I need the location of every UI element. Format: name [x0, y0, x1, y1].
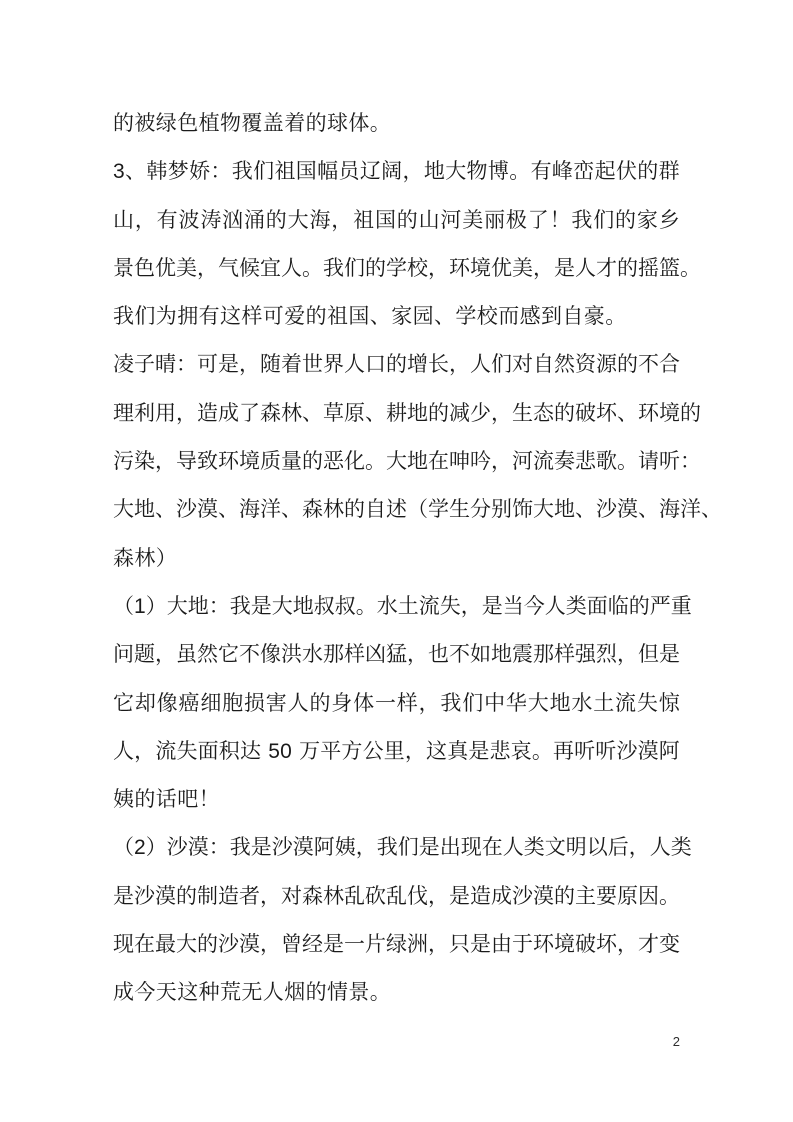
- text-line: 我们为拥有这样可爱的祖国、家园、学校而感到自豪。: [113, 293, 680, 341]
- text-line: 3、韩梦娇：我们祖国幅员辽阔，地大物博。有峰峦起伏的群: [113, 148, 680, 196]
- text-line: 森林）: [113, 535, 680, 583]
- document-body: 的被绿色植物覆盖着的球体。3、韩梦娇：我们祖国幅员辽阔，地大物博。有峰峦起伏的群…: [113, 100, 680, 1018]
- text-line: 它却像癌细胞损害人的身体一样，我们中华大地水土流失惊: [113, 680, 680, 728]
- text-line: 问题，虽然它不像洪水那样凶猛，也不如地震那样强烈，但是: [113, 631, 680, 679]
- text-line: 理利用，造成了森林、草原、耕地的减少，生态的破坏、环境的: [113, 390, 680, 438]
- text-line: 人，流失面积达 50 万平方公里，这真是悲哀。再听听沙漠阿: [113, 728, 680, 776]
- text-line: 姨的话吧！: [113, 776, 680, 824]
- text-line: （2）沙漠：我是沙漠阿姨，我们是出现在人类文明以后，人类: [113, 824, 680, 872]
- text-line: 现在最大的沙漠，曾经是一片绿洲，只是由于环境破坏，才变: [113, 921, 680, 969]
- document-page: 的被绿色植物覆盖着的球体。3、韩梦娇：我们祖国幅员辽阔，地大物博。有峰峦起伏的群…: [0, 0, 793, 1122]
- text-line: 山，有波涛汹涌的大海，祖国的山河美丽极了！我们的家乡: [113, 197, 680, 245]
- text-line: 的被绿色植物覆盖着的球体。: [113, 100, 680, 148]
- text-line: 成今天这种荒无人烟的情景。: [113, 969, 680, 1017]
- text-line: 景色优美，气候宜人。我们的学校，环境优美，是人才的摇篮。: [113, 245, 680, 293]
- text-line: 是沙漠的制造者，对森林乱砍乱伐，是造成沙漠的主要原因。: [113, 873, 680, 921]
- paragraph: （1）大地：我是大地叔叔。水土流失，是当今人类面临的严重问题，虽然它不像洪水那样…: [113, 583, 680, 824]
- text-line: （1）大地：我是大地叔叔。水土流失，是当今人类面临的严重: [113, 583, 680, 631]
- text-line: 污染，导致环境质量的恶化。大地在呻吟，河流奏悲歌。请听：: [113, 438, 680, 486]
- text-line: 大地、沙漠、海洋、森林的自述（学生分别饰大地、沙漠、海洋、: [113, 486, 680, 534]
- paragraph: 3、韩梦娇：我们祖国幅员辽阔，地大物博。有峰峦起伏的群山，有波涛汹涌的大海，祖国…: [113, 148, 680, 341]
- paragraph: 凌子晴：可是，随着世界人口的增长，人们对自然资源的不合理利用，造成了森林、草原、…: [113, 341, 680, 582]
- paragraph: （2）沙漠：我是沙漠阿姨，我们是出现在人类文明以后，人类是沙漠的制造者，对森林乱…: [113, 824, 680, 1017]
- paragraph: 的被绿色植物覆盖着的球体。: [113, 100, 680, 148]
- text-line: 凌子晴：可是，随着世界人口的增长，人们对自然资源的不合: [113, 341, 680, 389]
- page-number: 2: [560, 1032, 680, 1052]
